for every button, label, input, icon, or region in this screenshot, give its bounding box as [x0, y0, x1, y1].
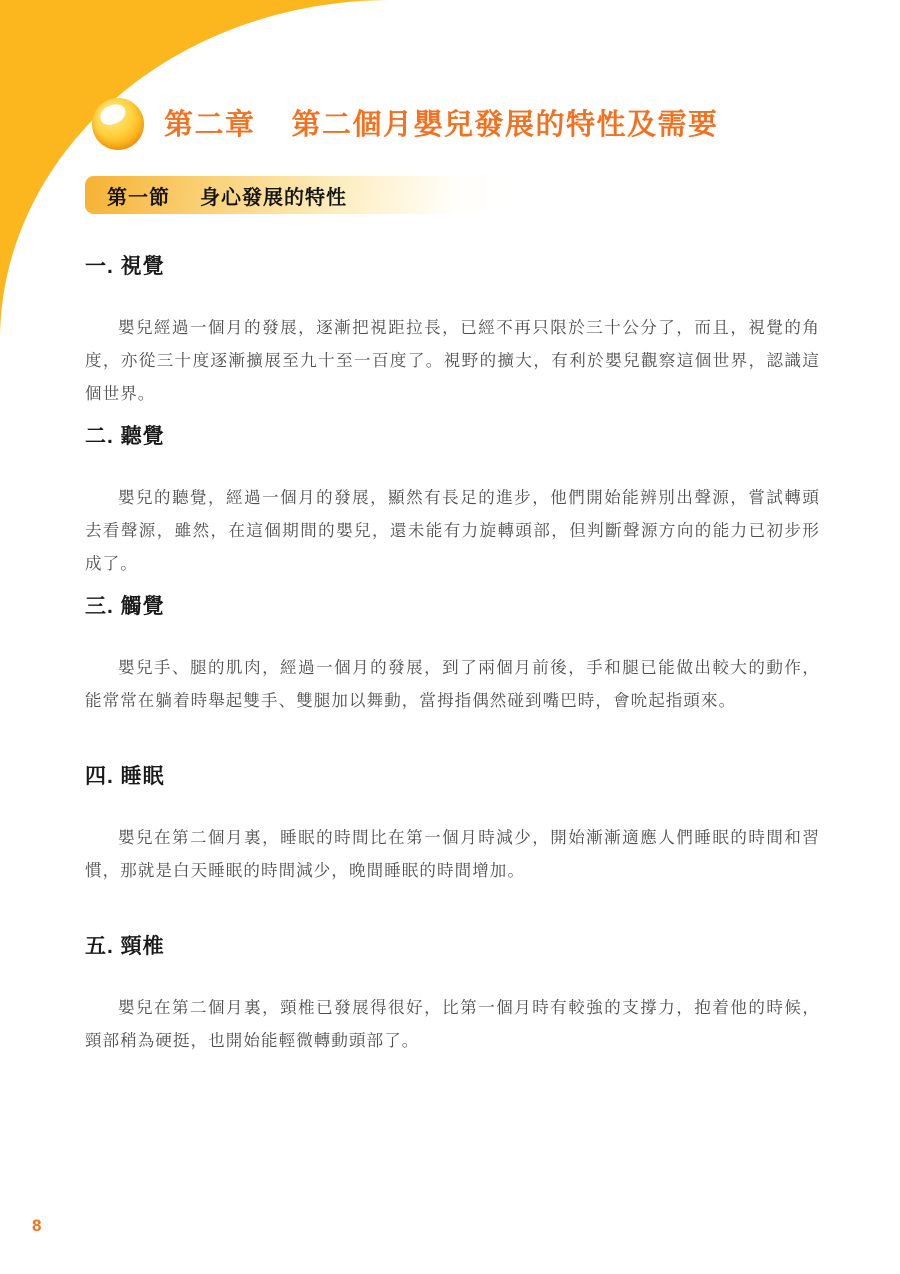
section-paragraph: 嬰兒在第二個月裏，頸椎已發展得很好，比第一個月時有較強的支撐力，抱着他的時候，頸… [85, 992, 820, 1058]
section-touch: 三. 觸覺 嬰兒手、腿的肌肉，經過一個月的發展，到了兩個月前後，手和腿已能做出較… [85, 590, 820, 718]
section-paragraph: 嬰兒的聽覺，經過一個月的發展，顯然有長足的進步，他們開始能辨別出聲源，嘗試轉頭去… [85, 482, 820, 581]
book-page: 第二章第二個月嬰兒發展的特性及需要 第一節 身心發展的特性 一. 視覺 嬰兒經過… [0, 0, 900, 1274]
section-heading: 三. 觸覺 [85, 590, 820, 620]
section-paragraph: 嬰兒經過一個月的發展，逐漸把視距拉長，已經不再只限於三十公分了，而且，視覺的角度… [85, 312, 820, 411]
section-sleep: 四. 睡眠 嬰兒在第二個月裏，睡眠的時間比在第一個月時減少，開始漸漸適應人們睡眠… [85, 760, 820, 888]
chapter-title: 第二章第二個月嬰兒發展的特性及需要 [164, 102, 719, 143]
section-heading: 五. 頸椎 [85, 930, 820, 960]
section-vision: 一. 視覺 嬰兒經過一個月的發展，逐漸把視距拉長，已經不再只限於三十公分了，而且… [85, 250, 820, 411]
ball-highlight [98, 102, 128, 127]
section-neck: 五. 頸椎 嬰兒在第二個月裏，頸椎已發展得很好，比第一個月時有較強的支撐力，抱着… [85, 930, 820, 1058]
section-bar-number: 第一節 [107, 181, 170, 210]
page-number: 8 [32, 1216, 41, 1236]
section-heading: 四. 睡眠 [85, 760, 820, 790]
chapter-title-text: 第二個月嬰兒發展的特性及需要 [292, 109, 719, 141]
section-heading: 二. 聽覺 [85, 420, 820, 450]
section-paragraph: 嬰兒手、腿的肌肉，經過一個月的發展，到了兩個月前後，手和腿已能做出較大的動作，能… [85, 652, 820, 718]
section-heading: 一. 視覺 [85, 250, 820, 280]
chapter-number: 第二章 [164, 109, 256, 141]
glossy-ball-icon [92, 98, 144, 150]
section-paragraph: 嬰兒在第二個月裏，睡眠的時間比在第一個月時減少，開始漸漸適應人們睡眠的時間和習慣… [85, 822, 820, 888]
section-bar: 第一節 身心發展的特性 [85, 176, 505, 214]
section-hearing: 二. 聽覺 嬰兒的聽覺，經過一個月的發展，顯然有長足的進步，他們開始能辨別出聲源… [85, 420, 820, 581]
section-bar-title: 身心發展的特性 [200, 181, 347, 210]
